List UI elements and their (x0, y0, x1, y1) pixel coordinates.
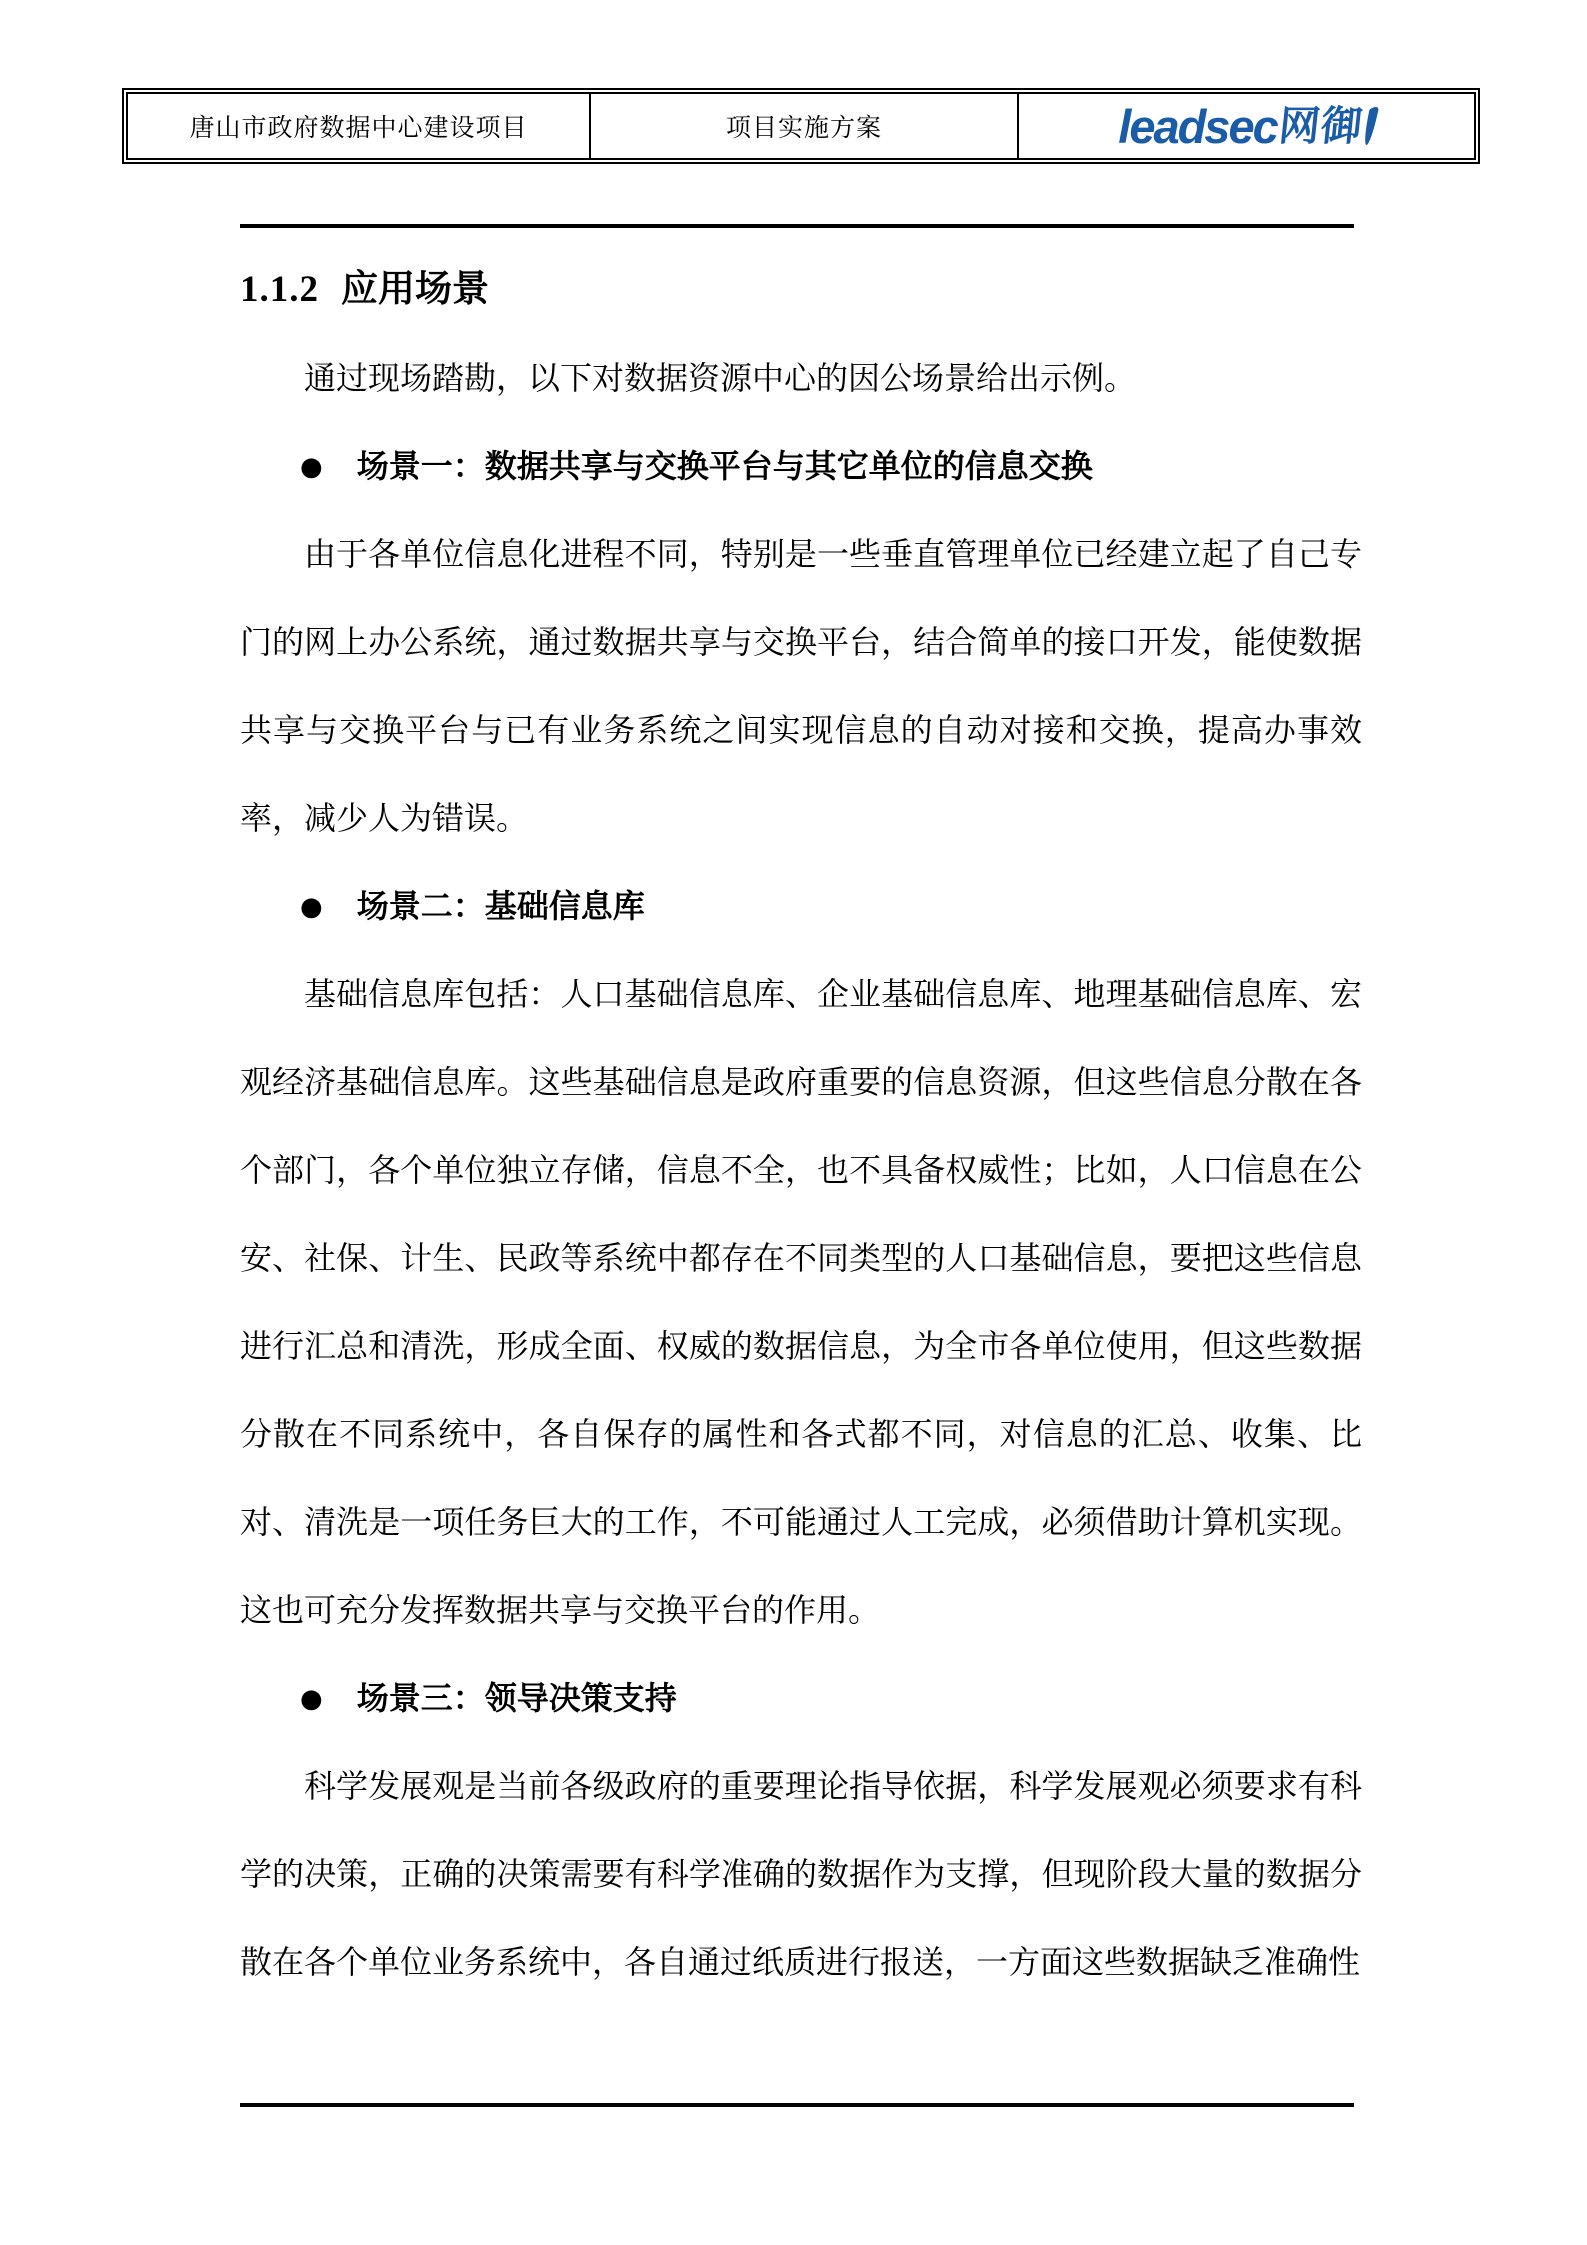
scenario-1-bullet-row: ● 场景一：数据共享与交换平台与其它单位的信息交换 (240, 422, 1362, 510)
header-project-name: 唐山市政府数据中心建设项目 (128, 94, 591, 158)
scenario-2-title: 场景二：基础信息库 (357, 888, 645, 924)
scenario-1-paragraph: 由于各单位信息化进程不同，特别是一些垂直管理单位已经建立起了自己专门的网上办公系… (240, 510, 1362, 862)
section-title: 应用场景 (341, 268, 489, 309)
logo-cjk-text: 网御 (1277, 106, 1365, 147)
scenario-1-title: 场景一：数据共享与交换平台与其它单位的信息交换 (357, 448, 1093, 484)
document-body: 1.1.2 应用场景 通过现场踏勘，以下对数据资源中心的因公场景给出示例。 ● … (240, 252, 1362, 2006)
bullet-icon: ● (300, 892, 323, 922)
header-logo-cell: leadsec 网御 (1019, 94, 1474, 158)
scenario-2-paragraph: 基础信息库包括：人口基础信息库、企业基础信息库、地理基础信息库、宏观经济基础信息… (240, 950, 1362, 1654)
top-horizontal-rule (240, 224, 1354, 228)
page-header-table: 唐山市政府数据中心建设项目 项目实施方案 leadsec 网御 (122, 88, 1480, 164)
scenario-2-bullet-row: ● 场景二：基础信息库 (240, 862, 1362, 950)
scenario-3-bullet-row: ● 场景三：领导决策支持 (240, 1654, 1362, 1742)
logo-latin-text: leadsec (1118, 103, 1276, 150)
scenario-3-title: 场景三：领导决策支持 (357, 1680, 677, 1716)
intro-paragraph: 通过现场踏勘，以下对数据资源中心的因公场景给出示例。 (240, 334, 1362, 422)
scenario-3-paragraph: 科学发展观是当前各级政府的重要理论指导依据，科学发展观必须要求有科学的决策，正确… (240, 1742, 1362, 2006)
bottom-horizontal-rule (240, 2103, 1354, 2107)
section-heading: 1.1.2 应用场景 (240, 252, 1362, 334)
bullet-icon: ● (300, 452, 323, 482)
header-doc-type: 项目实施方案 (591, 94, 1019, 158)
section-number: 1.1.2 (240, 269, 319, 310)
bullet-icon: ● (300, 1684, 323, 1714)
leadsec-logo: leadsec 网御 (1118, 103, 1374, 150)
document-page: 唐山市政府数据中心建设项目 项目实施方案 leadsec 网御 1.1.2 应用… (0, 0, 1587, 2245)
